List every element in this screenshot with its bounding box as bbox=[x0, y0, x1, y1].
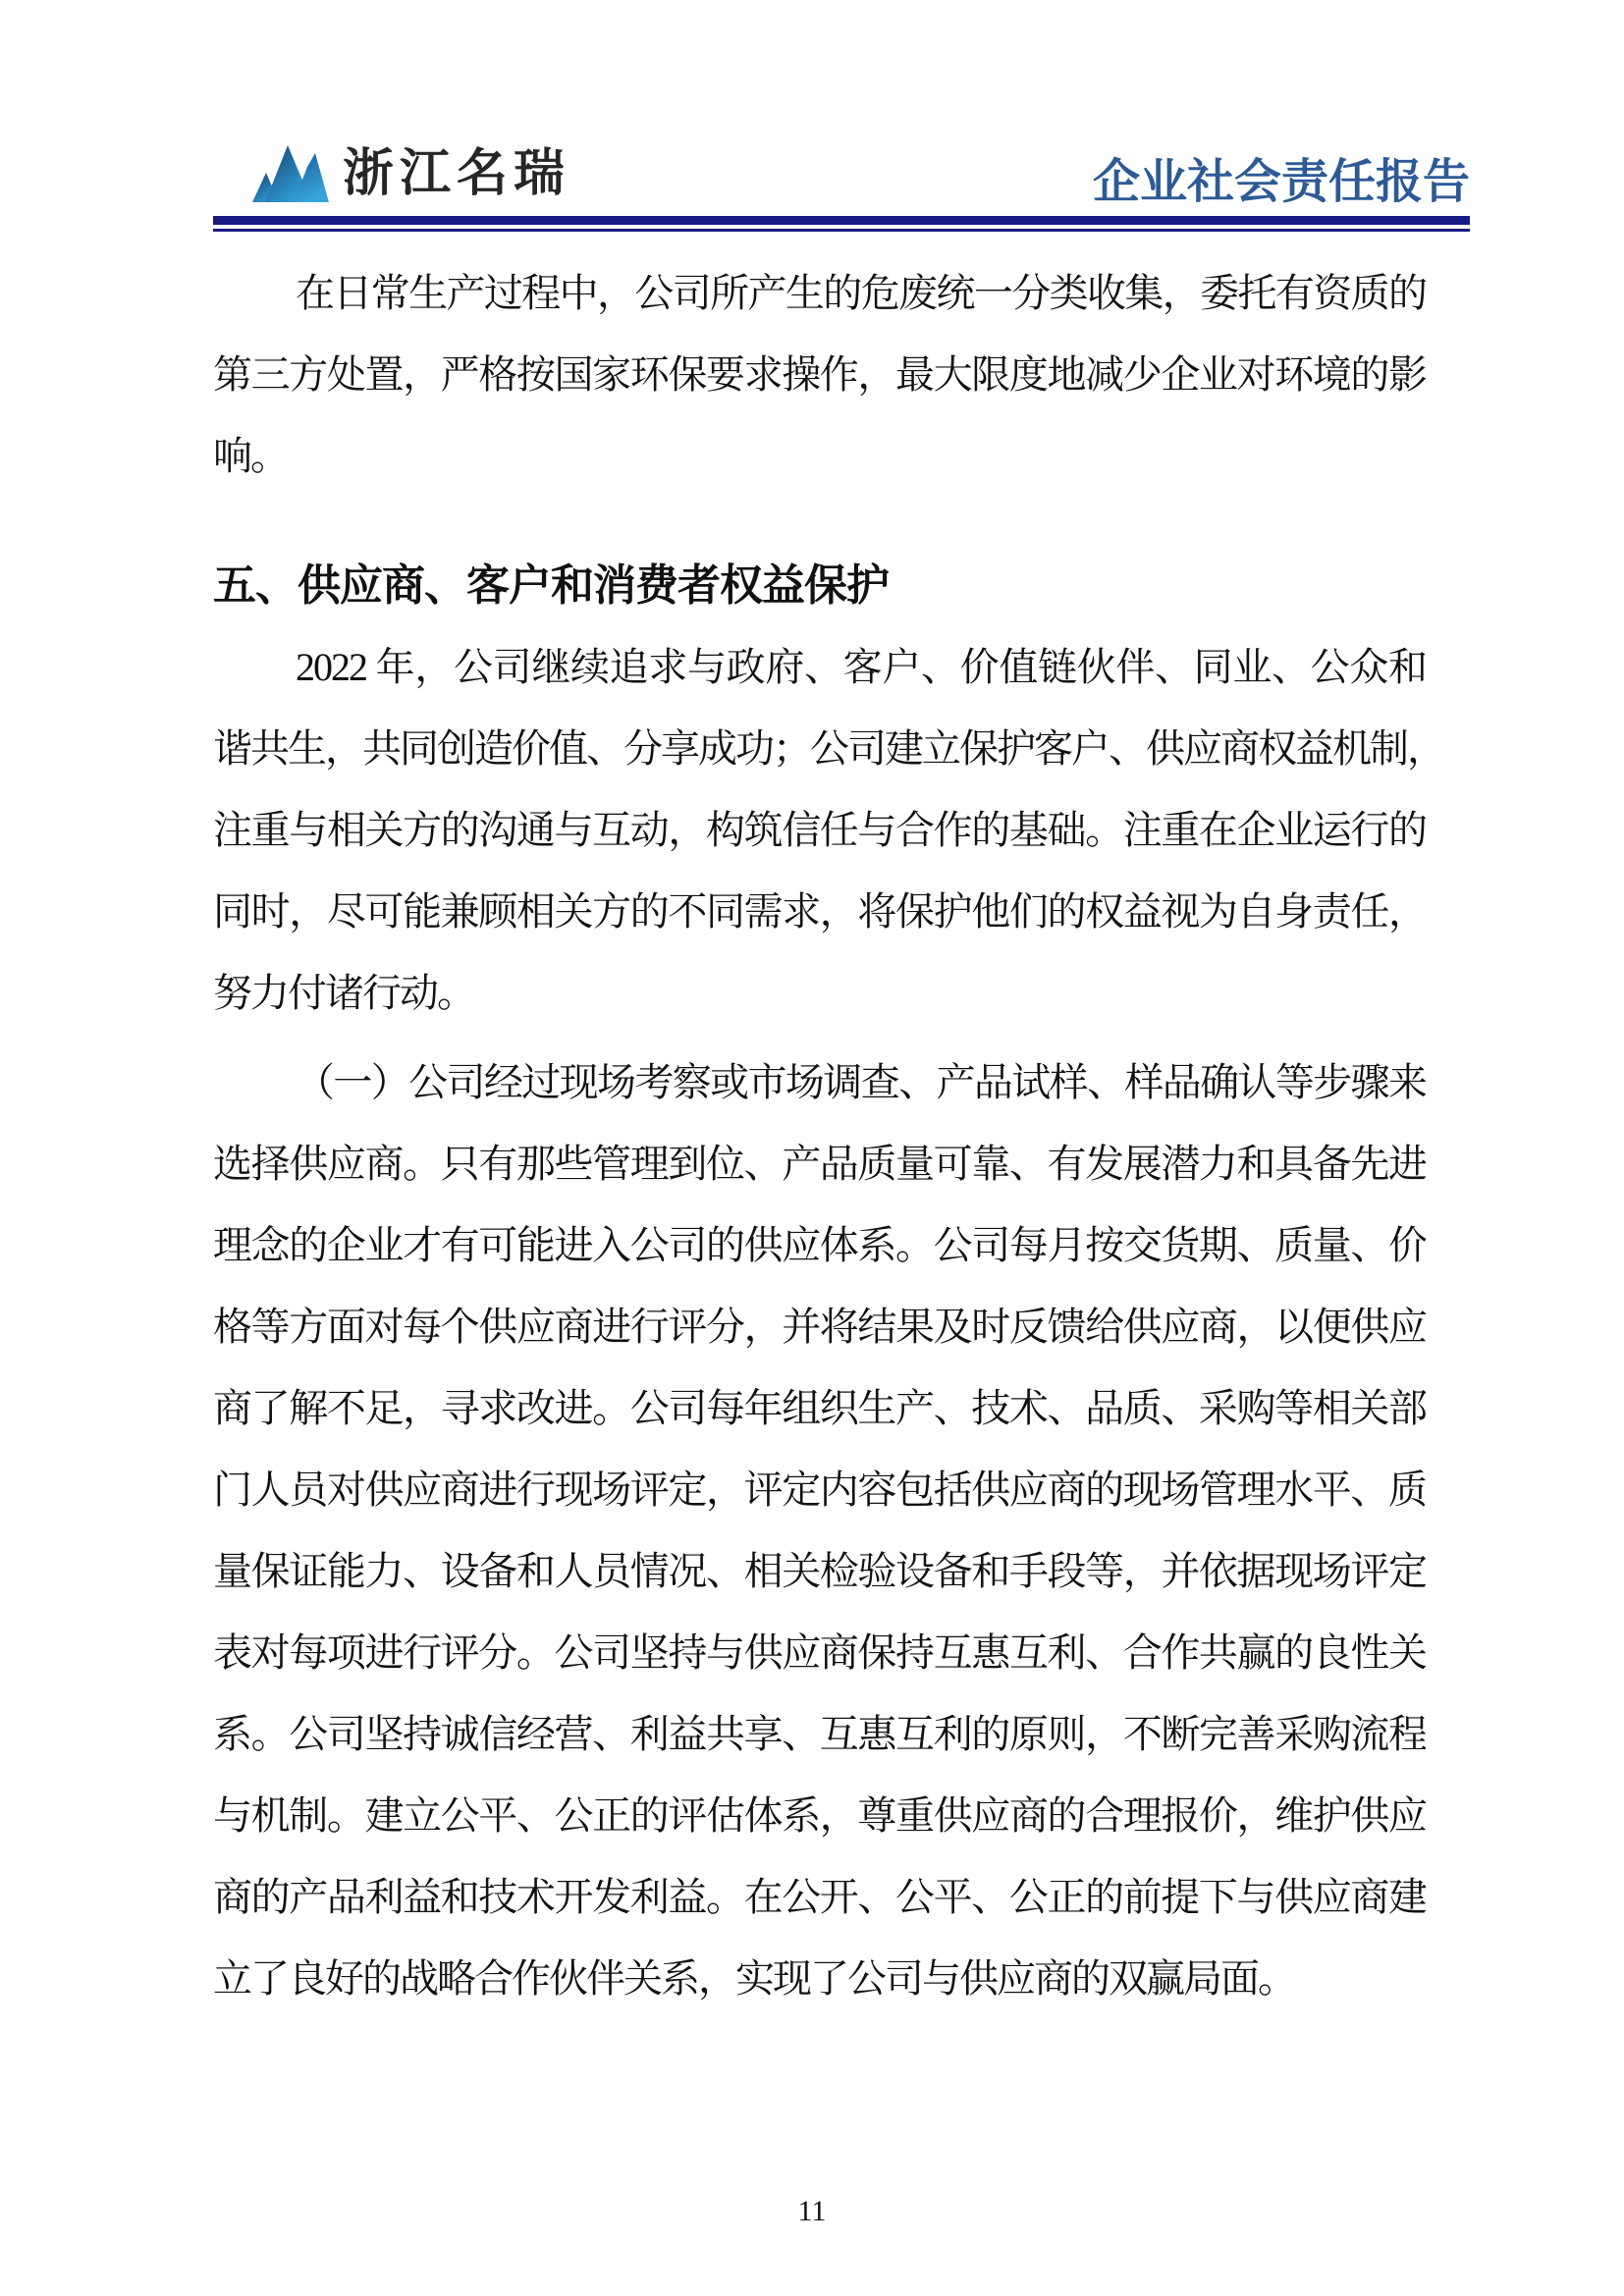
body-line: 在日常生产过程中，公司所产生的危废统一分类收集，委托有资质的 bbox=[213, 252, 1426, 334]
body-line: 努力付诸行动。 bbox=[213, 952, 1426, 1034]
body-line: 谐共生，共同创造价值、分享成功；公司建立保护客户、供应商权益机制， bbox=[213, 708, 1426, 789]
body-line: 选择供应商。只有那些管理到位、产品质量可靠、有发展潜力和具备先进 bbox=[213, 1123, 1426, 1204]
paragraph: 2022 年，公司继续追求与政府、客户、价值链伙伴、同业、公众和谐共生，共同创造… bbox=[213, 626, 1426, 1034]
body-line: 门人员对供应商进行现场评定，评定内容包括供应商的现场管理水平、质 bbox=[213, 1449, 1426, 1530]
body-line: 2022 年，公司继续追求与政府、客户、价值链伙伴、同业、公众和 bbox=[213, 626, 1426, 708]
page-number: 11 bbox=[0, 2195, 1624, 2228]
logo-text: 浙江名瑞 bbox=[343, 148, 570, 199]
body-line: 理念的企业才有可能进入公司的供应体系。公司每月按交货期、质量、价 bbox=[213, 1204, 1426, 1286]
body-line: 表对每项进行评分。公司坚持与供应商保持互惠互利、合作共赢的良性关 bbox=[213, 1612, 1426, 1693]
header-divider-line bbox=[213, 216, 1470, 232]
body-line: 响。 bbox=[213, 415, 1426, 497]
mountain-m-logo-icon bbox=[252, 145, 329, 202]
body-line: 格等方面对每个供应商进行评分，并将结果及时反馈给供应商，以便供应 bbox=[213, 1286, 1426, 1367]
body-line: 系。公司坚持诚信经营、利益共享、互惠互利的原则，不断完善采购流程 bbox=[213, 1693, 1426, 1775]
page-header: 浙江名瑞 企业社会责任报告 bbox=[213, 0, 1470, 208]
paragraph: （一）公司经过现场考察或市场调查、产品试样、样品确认等步骤来选择供应商。只有那些… bbox=[213, 1041, 1426, 2019]
body-line: 商的产品利益和技术开发利益。在公开、公平、公正的前提下与供应商建 bbox=[213, 1856, 1426, 1938]
body-line: 第三方处置，严格按国家环保要求操作，最大限度地减少企业对环境的影 bbox=[213, 334, 1426, 415]
paragraph: 在日常生产过程中，公司所产生的危废统一分类收集，委托有资质的第三方处置，严格按国… bbox=[213, 252, 1426, 497]
section-heading: 五、供应商、客户和消费者权益保护 bbox=[213, 545, 1426, 626]
body-line: 立了良好的战略合作伙伴关系，实现了公司与供应商的双赢局面。 bbox=[213, 1938, 1426, 2019]
report-page: 浙江名瑞 企业社会责任报告 在日常生产过程中，公司所产生的危废统一分类收集，委托… bbox=[0, 0, 1624, 2296]
body-line: （一）公司经过现场考察或市场调查、产品试样、样品确认等步骤来 bbox=[213, 1041, 1426, 1123]
body-line: 注重与相关方的沟通与互动，构筑信任与合作的基础。注重在企业运行的 bbox=[213, 789, 1426, 871]
body-line: 同时，尽可能兼顾相关方的不同需求，将保护他们的权益视为自身责任， bbox=[213, 871, 1426, 952]
body-line: 与机制。建立公平、公正的评估体系，尊重供应商的合理报价，维护供应 bbox=[213, 1775, 1426, 1856]
document-body: 在日常生产过程中，公司所产生的危废统一分类收集，委托有资质的第三方处置，严格按国… bbox=[213, 252, 1426, 2019]
report-title: 企业社会责任报告 bbox=[1093, 159, 1470, 208]
company-logo: 浙江名瑞 bbox=[252, 145, 570, 208]
body-line: 商了解不足，寻求改进。公司每年组织生产、技术、品质、采购等相关部 bbox=[213, 1367, 1426, 1449]
body-line: 量保证能力、设备和人员情况、相关检验设备和手段等，并依据现场评定 bbox=[213, 1530, 1426, 1612]
